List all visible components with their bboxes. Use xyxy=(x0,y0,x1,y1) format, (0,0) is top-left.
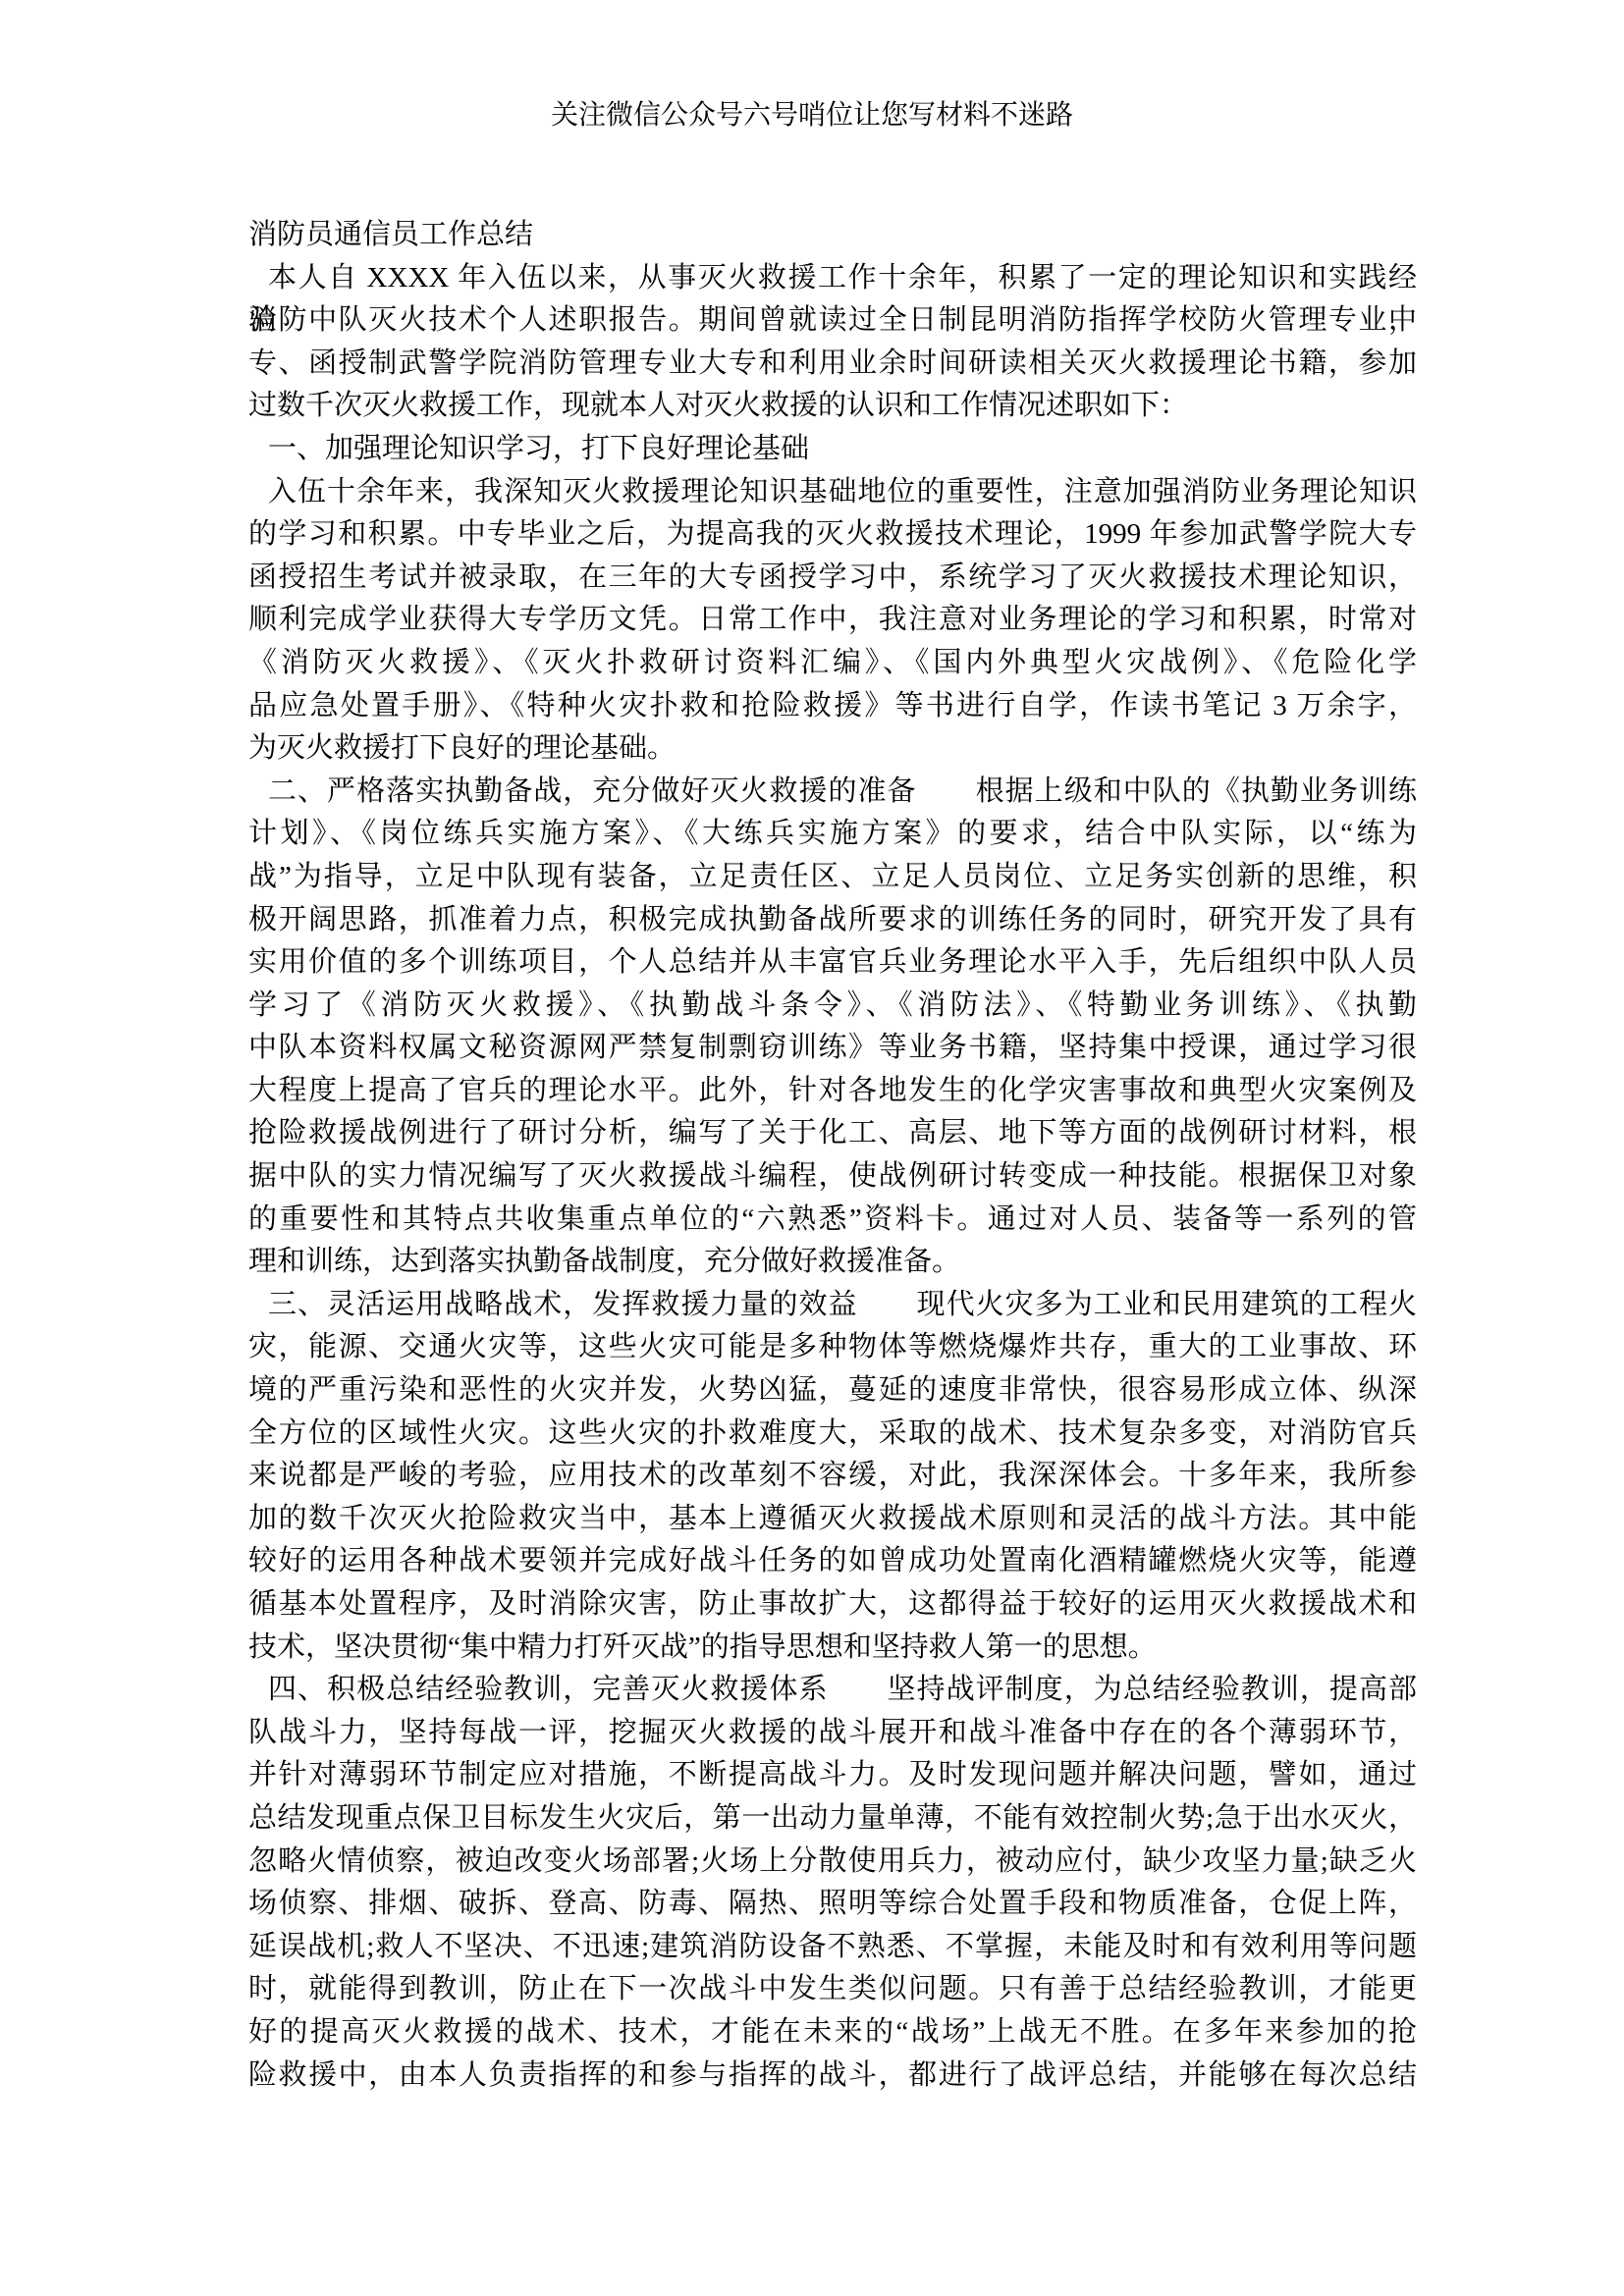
text-line: 大程度上提高了官兵的理论水平。此外，针对各地发生的化学灾害事故和典型火灾案例及 xyxy=(248,1070,1417,1113)
text-line: 战”为指导，立足中队现有装备，立足责任区、立足人员岗位、立足务实创新的思维，积 xyxy=(248,856,1417,899)
text-line: 来说都是严峻的考验，应用技术的改革刻不容缓，对此，我深深体会。十多年来，我所参 xyxy=(248,1455,1417,1498)
text-line: 顺利完成学业获得大专学历文凭。日常工作中，我注意对业务理论的学习和积累，时常对 xyxy=(248,599,1417,642)
text-line: 的重要性和其特点共收集重点单位的“六熟悉”资料卡。通过对人员、装备等一系列的管 xyxy=(248,1199,1417,1242)
text-line: 三、灵活运用战略战术，发挥救援力量的效益 现代火灾多为工业和民用建筑的工程火 xyxy=(248,1284,1417,1327)
document-title: 消防员通信员工作总结 xyxy=(248,214,1417,257)
text-line: 为灭火救援打下良好的理论基础。 xyxy=(248,727,1417,771)
document-body: 消防员通信员工作总结 本人自 XXXX 年入伍以来，从事灭火救援工作十余年，积累… xyxy=(248,214,1417,2097)
text-line: 计划》、《岗位练兵实施方案》、《大练兵实施方案》的要求，结合中队实际，以“练为 xyxy=(248,813,1417,856)
text-line: 加的数千次灭火抢险救灾当中，基本上遵循灭火救援战术原则和灵活的战斗方法。其中能 xyxy=(248,1498,1417,1541)
text-line: 循基本处置程序，及时消除灾害，防止事故扩大，这都得益于较好的运用灭火救援战术和 xyxy=(248,1583,1417,1627)
text-line: 理和训练，达到落实执勤备战制度，充分做好救援准备。 xyxy=(248,1241,1417,1284)
text-line: 中队本资料权属文秘资源网严禁复制剽窃训练》等业务书籍，坚持集中授课，通过学习很 xyxy=(248,1027,1417,1070)
text-line: 队战斗力，坚持每战一评，挖掘灭火救援的战斗展开和战斗准备中存在的各个薄弱环节， xyxy=(248,1712,1417,1755)
text-line: 实用价值的多个训练项目，个人总结并从丰富官兵业务理论水平入手，先后组织中队人员 xyxy=(248,941,1417,985)
text-line: 忽略火情侦察，被迫改变火场部署;火场上分散使用兵力，被动应付，缺少攻坚力量;缺乏… xyxy=(248,1841,1417,1884)
text-line: 《消防灭火救援》、《灭火扑救研讨资料汇编》、《国内外典型火灾战例》、《危险化学 xyxy=(248,642,1417,685)
text-line: 延误战机;救人不坚决、不迅速;建筑消防设备不熟悉、不掌握，未能及时和有效利用等问… xyxy=(248,1926,1417,1969)
text-line: 总结发现重点保卫目标发生火灾后，第一出动力量单薄，不能有效控制火势;急于出水灭火… xyxy=(248,1797,1417,1841)
text-line: 一、加强理论知识学习，打下良好理论基础 xyxy=(248,428,1417,471)
text-line: 品应急处置手册》、《特种火灾扑救和抢险救援》等书进行自学，作读书笔记 3 万余字… xyxy=(248,685,1417,728)
text-line: 消防中队灭火技术个人述职报告。期间曾就读过全日制昆明消防指挥学校防火管理专业中 xyxy=(248,299,1417,343)
text-line: 四、积极总结经验教训，完善灭火救援体系 坚持战评制度，为总结经验教训，提高部 xyxy=(248,1669,1417,1712)
text-line: 并针对薄弱环节制定应对措施，不断提高战斗力。及时发现问题并解决问题，譬如，通过 xyxy=(248,1754,1417,1797)
document-page: 关注微信公众号六号哨位让您写材料不迷路 消防员通信员工作总结 本人自 XXXX … xyxy=(0,0,1624,2296)
text-line: 的学习和积累。中专毕业之后，为提高我的灭火救援技术理论，1999 年参加武警学院… xyxy=(248,513,1417,557)
text-line: 好的提高灭火救援的战术、技术，才能在未来的“战场”上战无不胜。在多年来参加的抢 xyxy=(248,2011,1417,2055)
text-line: 二、严格落实执勤备战，充分做好灭火救援的准备 根据上级和中队的《执勤业务训练 xyxy=(248,771,1417,814)
text-line: 灾，能源、交通火灾等，这些火灾可能是多种物体等燃烧爆炸共存，重大的工业事故、环 xyxy=(248,1326,1417,1369)
text-line: 学习了《消防灭火救援》、《执勤战斗条令》、《消防法》、《特勤业务训练》、《执勤 xyxy=(248,985,1417,1028)
text-line: 函授招生考试并被录取，在三年的大专函授学习中，系统学习了灭火救援技术理论知识， xyxy=(248,557,1417,600)
text-line: 较好的运用各种战术要领并完成好战斗任务的如曾成功处置南化酒精罐燃烧火灾等，能遵 xyxy=(248,1540,1417,1583)
text-line: 入伍十余年来，我深知灭火救援理论知识基础地位的重要性，注意加强消防业务理论知识 xyxy=(248,471,1417,514)
text-line: 过数千次灭火救援工作，现就本人对灭火救援的认识和工作情况述职如下： xyxy=(248,385,1417,428)
text-line: 境的严重污染和恶性的火灾并发，火势凶猛，蔓延的速度非常快，很容易形成立体、纵深 xyxy=(248,1369,1417,1413)
text-line: 技术，坚决贯彻“集中精力打歼灭战”的指导思想和坚持救人第一的思想。 xyxy=(248,1627,1417,1670)
text-line: 极开阔思路，抓准着力点，积极完成执勤备战所要求的训练任务的同时，研究开发了具有 xyxy=(248,899,1417,942)
text-line: 专、函授制武警学院消防管理专业大专和利用业余时间研读相关灭火救援理论书籍，参加 xyxy=(248,343,1417,386)
text-line: 本人自 XXXX 年入伍以来，从事灭火救援工作十余年，积累了一定的理论知识和实践… xyxy=(248,257,1417,300)
text-line: 险救援中，由本人负责指挥的和参与指挥的战斗，都进行了战评总结，并能够在每次总结 xyxy=(248,2055,1417,2098)
text-line: 场侦察、排烟、破拆、登高、防毒、隔热、照明等综合处置手段和物质准备，仓促上阵， xyxy=(248,1883,1417,1926)
text-line: 全方位的区域性火灾。这些火灾的扑救难度大，采取的战术、技术复杂多变，对消防官兵 xyxy=(248,1413,1417,1456)
text-line: 据中队的实力情况编写了灭火救援战斗编程，使战例研讨转变成一种技能。根据保卫对象 xyxy=(248,1155,1417,1199)
text-line: 时，就能得到教训，防止在下一次战斗中发生类似问题。只有善于总结经验教训，才能更 xyxy=(248,1968,1417,2011)
page-header-text: 关注微信公众号六号哨位让您写材料不迷路 xyxy=(0,98,1624,133)
text-line: 抢险救援战例进行了研讨分析，编写了关于化工、高层、地下等方面的战例研讨材料，根 xyxy=(248,1112,1417,1155)
